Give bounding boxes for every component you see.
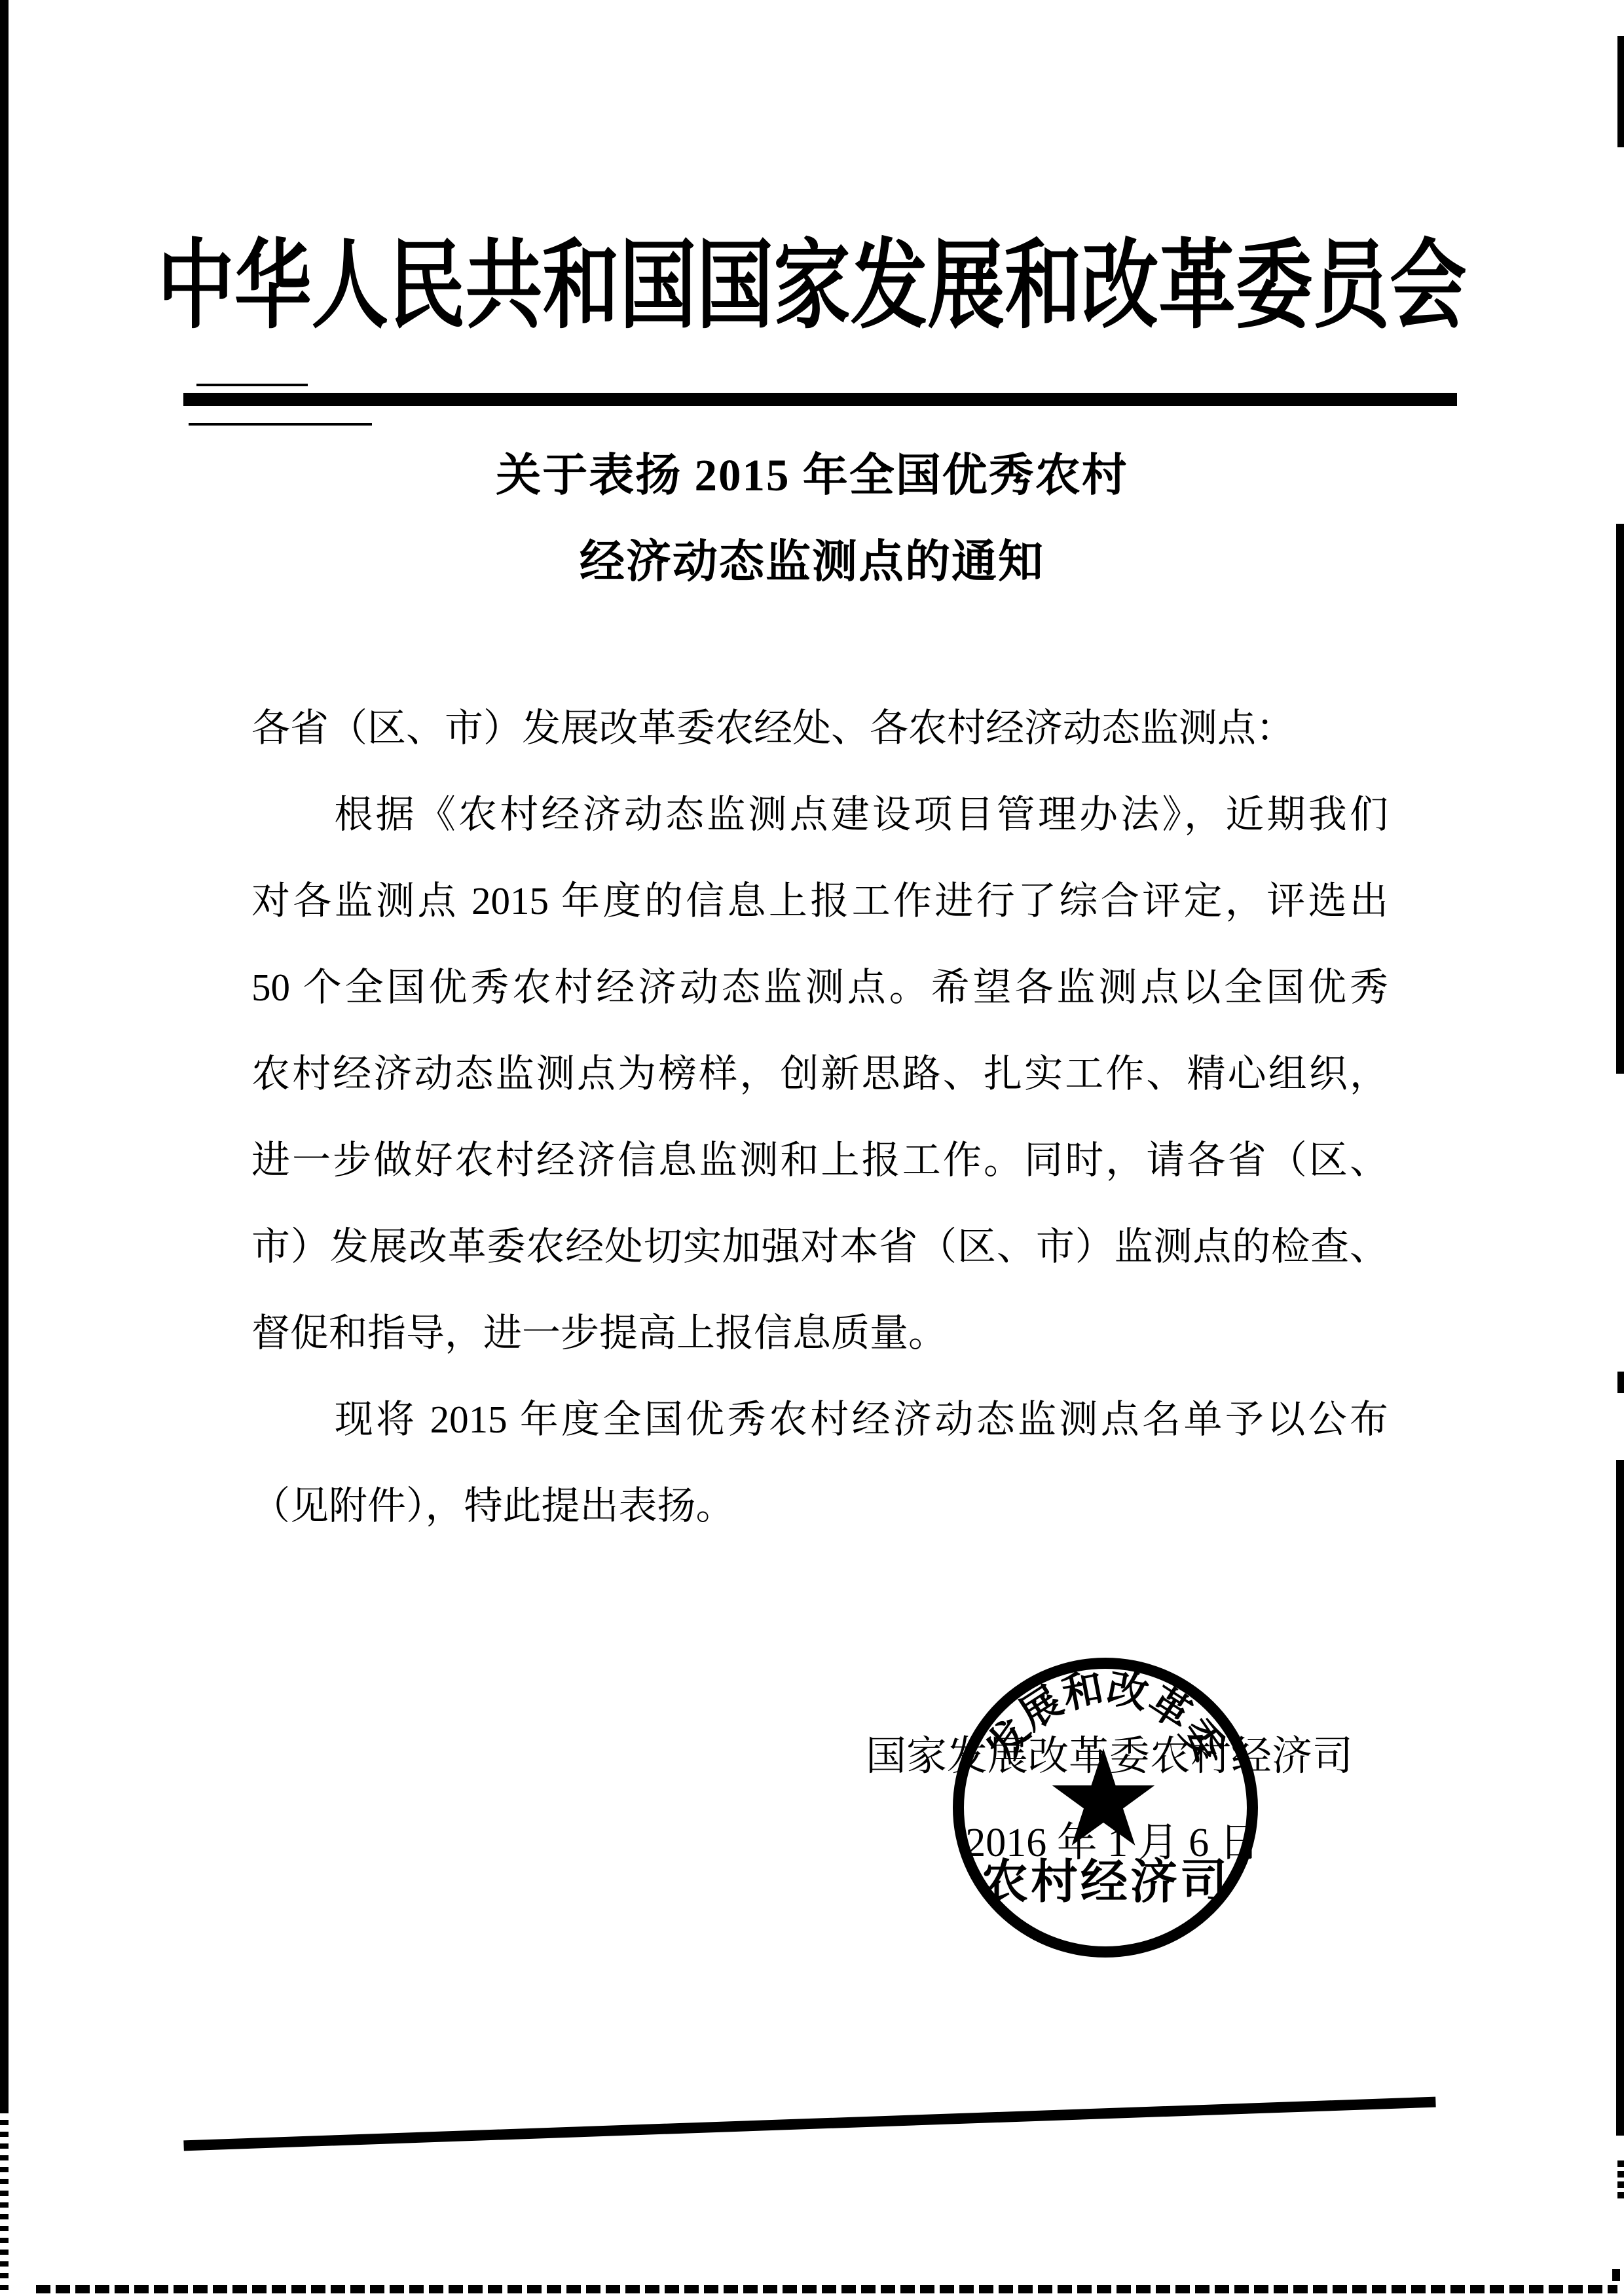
scan-artifact-right-dash — [1617, 1372, 1624, 1393]
scan-artifact-right-bar — [1616, 524, 1624, 1074]
body-line: 进一步做好农村经济信息监测和上报工作。同时，请各省（区、 — [251, 1117, 1388, 1203]
body-text: 各省（区、市）发展改革委农经处、各农村经济动态监测点： 根据《农村经济动态监测点… — [251, 685, 1388, 1549]
org-name: 中华人民共和国国家发展和改革委员会 — [157, 236, 1466, 338]
scan-artifact-bottom-speckle — [36, 2285, 1617, 2293]
scan-artifact-right-dash — [1617, 36, 1624, 147]
seal-bottom-text: 农村经济司 — [974, 1857, 1236, 1907]
scan-artifact-rule-glitch — [189, 423, 372, 426]
body-line: 农村经济动态监测点为榜样，创新思路、扎实工作、精心组织， — [251, 1030, 1388, 1117]
body-line: （见附件），特此提出表扬。 — [251, 1463, 1388, 1549]
salutation-line: 各省（区、市）发展改革委农经处、各农村经济动态监测点： — [251, 685, 1388, 771]
body-line: 市）发展改革委农经处切实加强对本省（区、市）监测点的检查、 — [251, 1203, 1388, 1290]
scan-artifact-right-dot — [1612, 2269, 1620, 2281]
document-title-line1: 关于表扬 2015 年全国优秀农村 — [0, 432, 1624, 519]
body-line: 根据《农村经济动态监测点建设项目管理办法》，近期我们 — [251, 771, 1388, 858]
scan-artifact-right-bar — [1616, 1460, 1624, 2136]
body-line: 50 个全国优秀农村经济动态监测点。希望各监测点以全国优秀 — [251, 944, 1388, 1030]
letterhead: 中华人民共和国国家发展和改革委员会 — [0, 236, 1624, 333]
scan-artifact-left-speckle — [0, 2108, 9, 2296]
seal-arc-char: 和 — [1058, 1667, 1107, 1716]
document-title: 关于表扬 2015 年全国优秀农村 经济动态监测点的通知 — [0, 432, 1624, 605]
star-icon: ★ — [1037, 1734, 1170, 1867]
scan-artifact-rule-glitch — [196, 384, 308, 386]
official-seal: 发 展 和 改 革 委 ★ 农村经济司 — [953, 1658, 1258, 1958]
scan-artifact-right-speckle — [1617, 2160, 1624, 2200]
scanned-document-page: 中华人民共和国国家发展和改革委员会 关于表扬 2015 年全国优秀农村 经济动态… — [0, 0, 1624, 2296]
footer-rule — [183, 2097, 1435, 2151]
document-title-line2: 经济动态监测点的通知 — [0, 519, 1624, 605]
body-line: 对各监测点 2015 年度的信息上报工作进行了综合评定，评选出 — [251, 858, 1388, 944]
letterhead-rule — [183, 393, 1457, 406]
body-line: 现将 2015 年度全国优秀农村经济动态监测点名单予以公布 — [251, 1376, 1388, 1463]
body-line: 督促和指导，进一步提高上报信息质量。 — [251, 1290, 1388, 1376]
